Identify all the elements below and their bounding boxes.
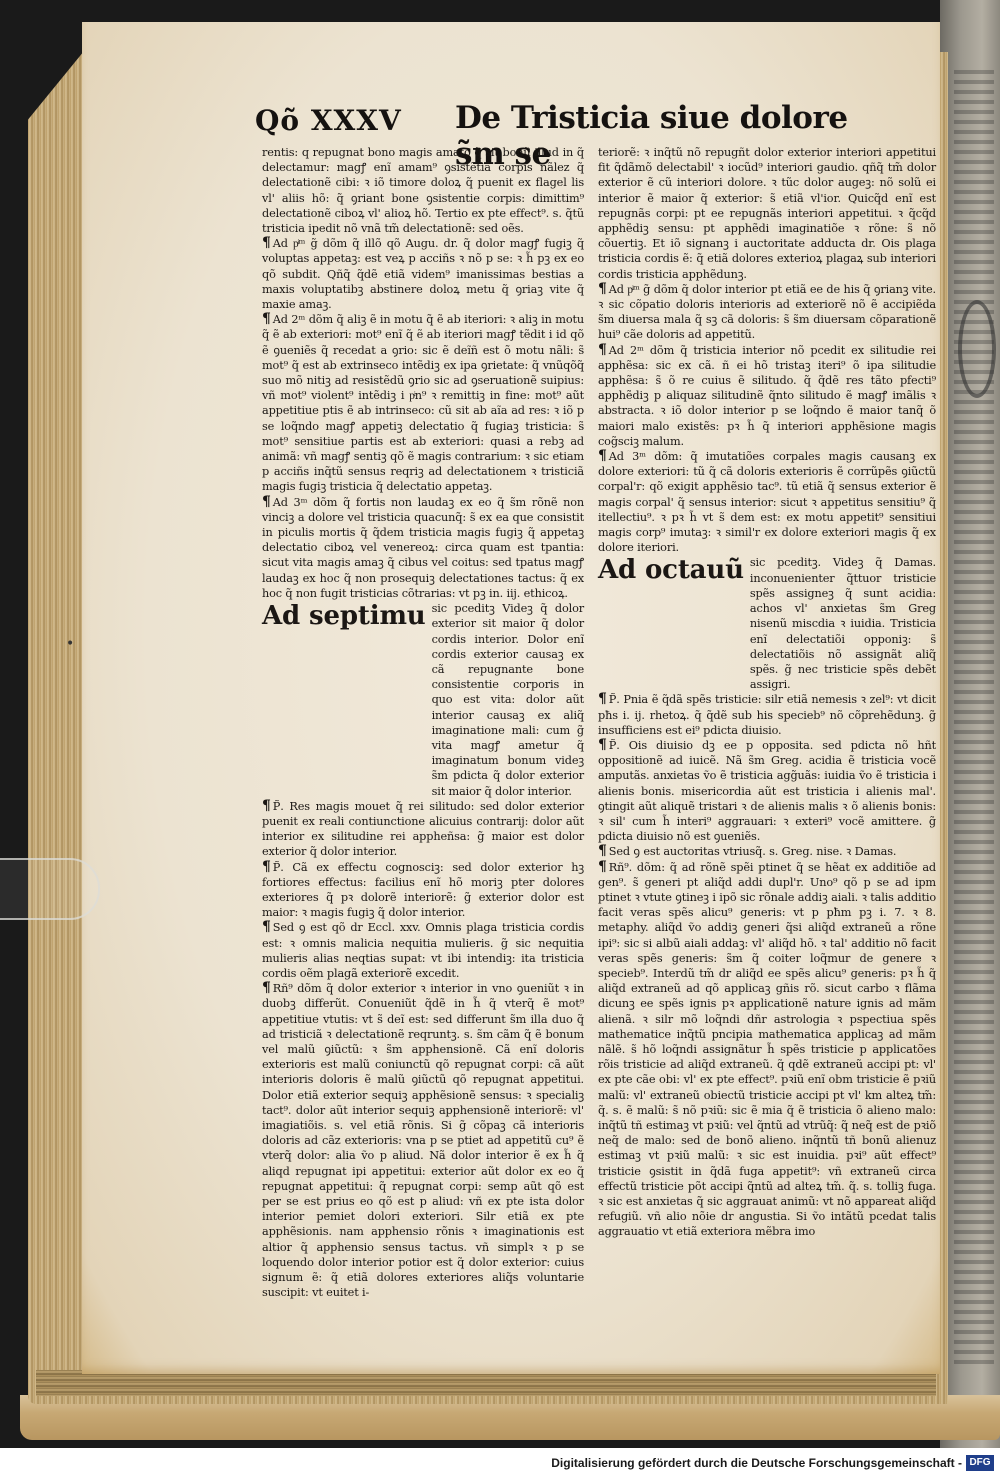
pilcrow-icon: ¶ <box>262 919 271 935</box>
article-heading: Ad octauũsic pceditꝫ. Videꝫ q̃ Damas. in… <box>598 555 936 692</box>
reply-paragraph: ¶P̃. Pnia ẽ q̃dã spẽs tristicie: silr et… <box>598 692 936 738</box>
reply-paragraph: ¶Ad 3ᵐ dõm: q̃ imutatiões corpales magis… <box>598 449 936 555</box>
paragraph-text: Ad 3ᵐ dõm q̃ fortis non laudaꝫ ex eo q̃ … <box>262 496 584 600</box>
adjacent-page-initial <box>958 300 996 398</box>
paragraph-text: Ad 3ᵐ dõm: q̃ imutatiões corpales magis … <box>598 450 936 554</box>
article-initial: Ad octauũ <box>598 555 744 585</box>
reply-paragraph: ¶Ad 2ᵐ dõm q̃ tristicia interior nõ pced… <box>598 343 936 449</box>
article-text: sic pceditꝫ Videꝫ q̃ dolor exterior sit … <box>432 601 584 799</box>
pilcrow-icon: ¶ <box>598 843 607 859</box>
paragraph-text: Sed ꝯ est qõ dr Eccl. xxv. Omnis plaga t… <box>262 921 584 980</box>
pilcrow-icon: ¶ <box>262 311 271 327</box>
paragraph-text: P̃. Pnia ẽ q̃dã spẽs tristicie: silr eti… <box>598 693 936 736</box>
paragraph-text: Ad pͥᵐ g̃ dõm q̃ dolor interior pt etiã … <box>598 283 936 342</box>
reply-paragraph: ¶Ad 2ᵐ dõm q̃ aliꝫ ẽ in motu q̃ ẽ ab ite… <box>262 312 584 494</box>
pilcrow-icon: ¶ <box>598 737 607 753</box>
paragraph-text: Sed ꝯ est auctoritas vtriusq̃. s. Greg. … <box>609 845 897 858</box>
article-text: sic pceditꝫ. Videꝫ q̃ Damas. inconuenien… <box>750 555 936 692</box>
paragraph-text: P̃. Cã ex effectu cognosciꝫ: sed dolor e… <box>262 861 584 920</box>
paragraph-text: teriorẽ: ꝛ inq̃tũ nõ repugñt dolor exter… <box>598 146 936 281</box>
reply-paragraph: ¶Ad pͥᵐ g̃ dõm q̃ illõ qõ Augu. dr. q̃ d… <box>262 236 584 312</box>
text-column-left: rentis: q repugnat bono magis amato q̃ s… <box>262 145 584 1300</box>
footer-bar: Digitalisierung gefördert durch die Deut… <box>0 1448 1000 1480</box>
article-heading: Ad septimusic pceditꝫ Videꝫ q̃ dolor ext… <box>262 601 584 799</box>
paragraph-text: Ad 2ᵐ dõm q̃ tristicia interior nõ pcedi… <box>598 344 936 448</box>
pilcrow-icon: ¶ <box>262 494 271 510</box>
glass-page-clip <box>0 858 100 920</box>
paragraph-text: Ad pͥᵐ g̃ dõm q̃ illõ qõ Augu. dr. q̃ do… <box>262 237 584 311</box>
paragraph-text: Ad 2ᵐ dõm q̃ aliꝫ ẽ in motu q̃ ẽ ab iter… <box>262 313 584 493</box>
reply-paragraph: ¶P̃. Cã ex effectu cognosciꝫ: sed dolor … <box>262 860 584 921</box>
pilcrow-icon: ¶ <box>262 235 271 251</box>
text-paragraph: teriorẽ: ꝛ inq̃tũ nõ repugñt dolor exter… <box>598 145 936 282</box>
reply-paragraph: ¶Rñ⁹ dõm q̃ dolor exterior ꝛ interior in… <box>262 981 584 1300</box>
page-header: Qõ XXXV De Tristicia siue dolore s̃m se <box>255 100 895 144</box>
text-paragraph: rentis: q repugnat bono magis amato q̃ s… <box>262 145 584 236</box>
paragraph-text: P̃. Ois diuisio dꝫ ee p opposita. sed pd… <box>598 739 936 843</box>
pilcrow-icon: ¶ <box>598 859 607 875</box>
pilcrow-icon: ¶ <box>262 798 271 814</box>
pilcrow-icon: ¶ <box>598 281 607 297</box>
pilcrow-icon: ¶ <box>262 859 271 875</box>
pilcrow-icon: ¶ <box>262 980 271 996</box>
paragraph-text: Rñ⁹ dõm q̃ dolor exterior ꝛ interior in … <box>262 982 584 1299</box>
reply-paragraph: ¶Rñ⁹. dõm: q̃ ad rõnẽ spẽi ptinet q̃ se … <box>598 860 936 1240</box>
reply-paragraph: ¶Sed ꝯ est qõ dr Eccl. xxv. Omnis plaga … <box>262 920 584 981</box>
adjacent-page-edge <box>940 0 1000 1448</box>
adjacent-page-text <box>954 70 994 1370</box>
dfg-logo: DFG <box>966 1455 994 1471</box>
pilcrow-icon: ¶ <box>598 342 607 358</box>
reply-paragraph: ¶P̃. Res magis mouet q̃ rei silitudo: se… <box>262 799 584 860</box>
reply-paragraph: ¶Ad pͥᵐ g̃ dõm q̃ dolor interior pt etiã… <box>598 282 936 343</box>
reply-paragraph: ¶P̃. Ois diuisio dꝫ ee p opposita. sed p… <box>598 738 936 844</box>
reply-paragraph: ¶Ad 3ᵐ dõm q̃ fortis non laudaꝫ ex eo q̃… <box>262 495 584 601</box>
article-initial: Ad septimu <box>262 601 426 631</box>
pilcrow-icon: ¶ <box>598 691 607 707</box>
pilcrow-icon: ¶ <box>598 448 607 464</box>
reply-paragraph: ¶Sed ꝯ est auctoritas vtriusq̃. s. Greg.… <box>598 844 936 859</box>
paragraph-text: rentis: q repugnat bono magis amato q̃ s… <box>262 146 584 235</box>
book-scan: • Qõ XXXV De Tristicia siue dolore s̃m s… <box>0 0 1000 1448</box>
paragraph-text: P̃. Res magis mouet q̃ rei silitudo: sed… <box>262 800 584 859</box>
question-number: Qõ XXXV <box>255 104 402 137</box>
paragraph-text: Rñ⁹. dõm: q̃ ad rõnẽ spẽi ptinet q̃ se h… <box>598 861 936 1239</box>
text-column-right: teriorẽ: ꝛ inq̃tũ nõ repugñt dolor exter… <box>598 145 936 1240</box>
funding-credit: Digitalisierung gefördert durch die Deut… <box>551 1456 962 1470</box>
margin-ink-mark: • <box>66 636 74 652</box>
